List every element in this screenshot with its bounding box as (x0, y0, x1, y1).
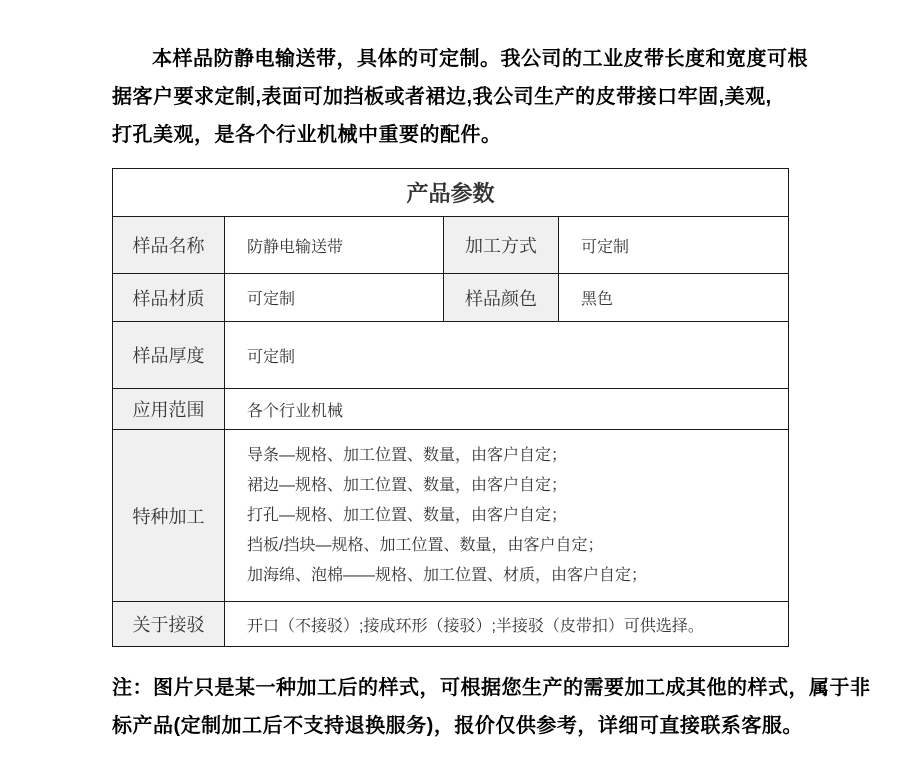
product-description-page: 本样品防静电输送带，具体的可定制。我公司的工业皮带长度和宽度可根 据客户要求定制… (0, 40, 900, 745)
table-row-sample-thickness: 样品厚度 可定制 (113, 322, 789, 389)
note-paragraph: 注：图片只是某一种加工后的样式，可根据您生产的需要加工成其他的样式，属于非 标产… (112, 669, 900, 745)
param-label-sample-name: 样品名称 (113, 217, 225, 274)
intro-line-2: 据客户要求定制,表面可加挡板或者裙边,我公司生产的皮带接口牢固,美观, (112, 78, 900, 116)
table-row-sample-name: 样品名称 防静电输送带 加工方式 可定制 (113, 217, 789, 274)
table-row-splicing: 关于接驳 开口（不接驳）;接成环形（接驳）;半接驳（皮带扣）可供选择。 (113, 602, 789, 647)
intro-line-1: 本样品防静电输送带，具体的可定制。我公司的工业皮带长度和宽度可根 (112, 40, 900, 78)
special-processing-line-1: 导条—规格、加工位置、数量，由客户自定； (247, 441, 788, 471)
table-row-sample-material: 样品材质 可定制 样品颜色 黑色 (113, 274, 789, 322)
param-label-sample-thickness: 样品厚度 (113, 322, 225, 389)
special-processing-line-4: 挡板/挡块—规格、加工位置、数量，由客户自定； (247, 531, 788, 561)
param-value-application-scope: 各个行业机械 (225, 389, 789, 430)
note-line-2: 标产品(定制加工后不支持退换服务)，报价仅供参考，详细可直接联系客服。 (112, 707, 900, 745)
param-label-special-processing: 特种加工 (113, 430, 225, 602)
table-title-row: 产品参数 (113, 169, 789, 217)
param-label-splicing: 关于接驳 (113, 602, 225, 647)
special-processing-line-3: 打孔—规格、加工位置、数量，由客户自定； (247, 501, 788, 531)
intro-paragraph: 本样品防静电输送带，具体的可定制。我公司的工业皮带长度和宽度可根 据客户要求定制… (112, 40, 900, 154)
intro-line-3: 打孔美观，是各个行业机械中重要的配件。 (112, 116, 900, 154)
note-line-1: 注：图片只是某一种加工后的样式，可根据您生产的需要加工成其他的样式，属于非 (112, 669, 900, 707)
param-label-application-scope: 应用范围 (113, 389, 225, 430)
param-label-processing-method: 加工方式 (444, 217, 559, 274)
param-value-special-processing: 导条—规格、加工位置、数量，由客户自定； 裙边—规格、加工位置、数量，由客户自定… (225, 430, 789, 602)
table-row-special-processing: 特种加工 导条—规格、加工位置、数量，由客户自定； 裙边—规格、加工位置、数量，… (113, 430, 789, 602)
special-processing-line-2: 裙边—规格、加工位置、数量，由客户自定； (247, 471, 788, 501)
param-value-sample-thickness: 可定制 (225, 322, 789, 389)
table-row-application-scope: 应用范围 各个行业机械 (113, 389, 789, 430)
table-title: 产品参数 (113, 169, 789, 217)
param-value-splicing: 开口（不接驳）;接成环形（接驳）;半接驳（皮带扣）可供选择。 (225, 602, 789, 647)
special-processing-line-5: 加海绵、泡棉——规格、加工位置、材质，由客户自定； (247, 561, 788, 591)
param-value-sample-material: 可定制 (225, 274, 444, 322)
param-label-sample-color: 样品颜色 (444, 274, 559, 322)
param-value-sample-color: 黑色 (559, 274, 789, 322)
param-value-processing-method: 可定制 (559, 217, 789, 274)
param-value-sample-name: 防静电输送带 (225, 217, 444, 274)
param-label-sample-material: 样品材质 (113, 274, 225, 322)
product-params-table: 产品参数 样品名称 防静电输送带 加工方式 可定制 样品材质 可定制 样品颜色 … (112, 168, 789, 647)
